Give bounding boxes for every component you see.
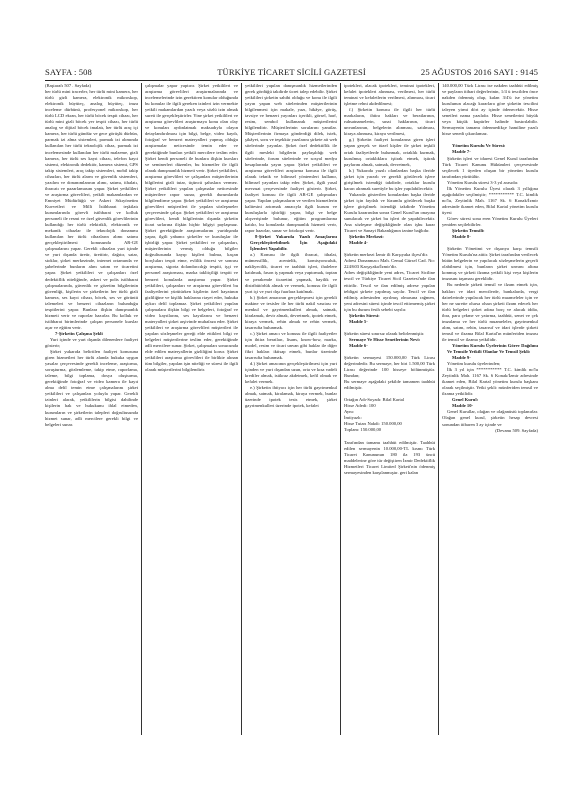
- paragraph: Bu nedenle şirketi temsil ve ilzam etmek…: [442, 282, 538, 342]
- paragraph: Şirket yukarıda belirtilen faaliyet konu…: [45, 349, 138, 428]
- paragraph: Tarafından tamamı taahhüt edilmiştir. Ta…: [344, 440, 435, 476]
- paragraph: Şirketin sermayesi 150.000,00 Türk Liras…: [344, 355, 435, 379]
- section-heading: Yönetim Kurulu Üyelerinin Görev Dağılımı…: [442, 343, 538, 355]
- paragraph: Yukarıda gösterilen konulardan başka ile…: [344, 192, 435, 234]
- paragraph: 140.000,00 Türk Lirası ise nakden taahhü…: [442, 83, 538, 137]
- paragraph: İlk 3 yıl için *********** T.C. kimlik n…: [442, 367, 538, 397]
- paragraph: h.) Yukarıda yazılı olanlardan başka ile…: [344, 168, 435, 192]
- page-number: SAYFA : 508: [45, 67, 92, 77]
- article-columns: (Baştarafı 507 . Sayfada) her türlü mini…: [45, 83, 538, 735]
- column-2: çalışmalar yapar yaptırır. Şirket yetkil…: [141, 83, 241, 735]
- gazette-title: TÜRKİYE TİCARET SİCİLİ GAZETESİ: [217, 67, 366, 77]
- paragraph: Şirketin Yönetimi ve dışarıya karşı tems…: [442, 246, 538, 282]
- paragraph: Bu sermaye aşağıdaki şekilde tamamen taa…: [344, 379, 435, 391]
- paragraph: c.) Şirket amacı ve konusu ile ilgili fa…: [245, 331, 337, 361]
- continued-note: (Devamı 509. Sayfada): [442, 428, 538, 434]
- column-1: (Baştarafı 507 . Sayfada) her türlü mini…: [45, 83, 141, 735]
- paragraph: yetkilileri yapılan danışmanlık hizmetle…: [245, 83, 337, 234]
- paragraph: Görev süresi sona eren Yönetim Kurulu Üy…: [442, 216, 538, 228]
- paragraph: Yurt içinde ve yurt dışında dilenenlere …: [45, 337, 138, 349]
- paragraph: a.) Konusu ile ilgili ihracat, ithalat, …: [245, 252, 337, 294]
- paragraph: Adresi Donanmacı Mah. Cemal Gürsel Cad. …: [344, 258, 435, 270]
- paragraph: Şirketin süresi sınırsız olarak belirlen…: [344, 331, 435, 337]
- paragraph: e.) Şirketin ihtiyacı için her türlü gay…: [245, 385, 337, 409]
- column-3: yetkilileri yapılan danışmanlık hizmetle…: [241, 83, 340, 735]
- paragraph: Genel Kurullar, olağan ve olağanüstü top…: [442, 409, 538, 427]
- paragraph: f.) Şirketin konusu ile ilgili her türlü…: [344, 107, 435, 137]
- column-4: ipotekleri, alacak ipotekleri, teminat i…: [340, 83, 438, 735]
- paragraph: Adres değişikliğinde yeni adres, Ticaret…: [344, 270, 435, 312]
- paragraph: g.) Şirketin faaliyet konularına giren i…: [344, 137, 435, 167]
- column-5: 140.000,00 Türk Lirası ise nakden taahhü…: [438, 83, 538, 735]
- page-header: SAYFA : 508 TÜRKİYE TİCARET SİCİLİ GAZET…: [45, 66, 538, 81]
- paragraph: Şirketin işleri ve idaresi Genel Kurul t…: [442, 156, 538, 180]
- section-heading: 8-Şirket Yukarıda Yazılı Amaçlarını Gerç…: [245, 234, 337, 252]
- paragraph: çalışmalar yapar yaptırır. Şirket yetkil…: [145, 83, 238, 373]
- paragraph: b.) Şirket amacının gerçekleşmesi için g…: [245, 295, 337, 331]
- paragraph: İlk Yönetim Kurulu Üyesi olarak 3 yıllığ…: [442, 186, 538, 216]
- issue-date: 25 AĞUSTOS 2016 SAYI : 9145: [421, 67, 538, 77]
- paragraph: her türlü mini tracerler, her türlü mini…: [45, 89, 138, 331]
- paragraph: ipotekleri, alacak ipotekleri, teminat i…: [344, 83, 435, 107]
- paragraph: d.) Şirket amacının gerçekleştirilmesi i…: [245, 361, 337, 385]
